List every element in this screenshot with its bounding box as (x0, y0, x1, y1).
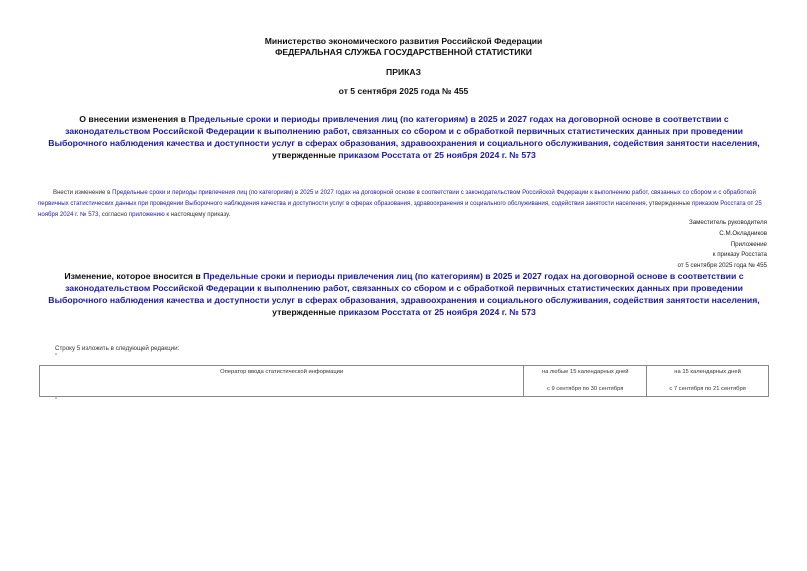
title-prefix: О внесении изменения в (79, 114, 188, 124)
signer-position: Заместитель руководителя (677, 218, 767, 229)
intro-middle: , утвержденные (646, 200, 692, 207)
agency-name: ФЕДЕРАЛЬНАЯ СЛУЖБА ГОСУДАРСТВЕННОЙ СТАТИ… (0, 47, 807, 58)
table-cell-period-1: на любые 15 календарных дней с 9 сентябр… (524, 366, 647, 397)
signer-name: С.М.Окладников (677, 229, 767, 240)
document-title: О внесении изменения в Предельные сроки … (36, 113, 772, 161)
order-date: от 5 сентября 2025 года № 455 (0, 86, 807, 97)
appendix-to: к приказу Росстата (677, 250, 767, 261)
intro-paragraph: Внести изменение в Предельные сроки и пе… (38, 187, 770, 220)
period-1-dates: с 9 сентября по 30 сентября (524, 385, 646, 393)
appendix-title: Изменение, которое вносится в Предельные… (36, 270, 772, 318)
title-link-order-573[interactable]: приказом Росстата от 25 ноября 2024 г. №… (338, 150, 536, 160)
appendix-title-prefix: Изменение, которое вносится в (64, 271, 203, 281)
intro-prefix: Внести изменение в (53, 189, 112, 196)
period-1-duration: на любые 15 календарных дней (524, 366, 646, 376)
appendix-label: Приложение (677, 240, 767, 251)
table-cell-category: Оператор ввода статистической информации (40, 366, 524, 397)
quote-open-mark: " (55, 354, 57, 360)
change-table: Оператор ввода статистической информации… (39, 365, 769, 397)
period-2-dates: с 7 сентября по 21 сентября (647, 385, 768, 393)
ministry-name: Министерство экономического развития Рос… (0, 36, 807, 47)
intro-middle2: , согласно (98, 211, 128, 218)
title-middle: утвержденные (272, 150, 338, 160)
document-header: Министерство экономического развития Рос… (0, 36, 807, 58)
table-row: Оператор ввода статистической информации… (40, 366, 769, 397)
table-cell-period-2: на 15 календарных дней с 7 сентября по 2… (647, 366, 769, 397)
instruction-text: Строку 5 изложить в следующей редакции: (55, 345, 179, 353)
appendix-title-middle: утвержденные (272, 307, 338, 317)
category-text: Оператор ввода статистической информации (40, 366, 523, 376)
intro-suffix: к настоящему приказу. (165, 211, 231, 218)
appendix-title-link-order-573[interactable]: приказом Росстата от 25 ноября 2024 г. №… (338, 307, 536, 317)
quote-close-mark: " (55, 398, 57, 404)
period-2-duration: на 15 календарных дней (647, 366, 768, 376)
signature-block: Заместитель руководителя С.М.Окладников … (677, 218, 767, 272)
intro-link-appendix[interactable]: приложению (129, 211, 165, 218)
document-type: ПРИКАЗ (0, 67, 807, 78)
